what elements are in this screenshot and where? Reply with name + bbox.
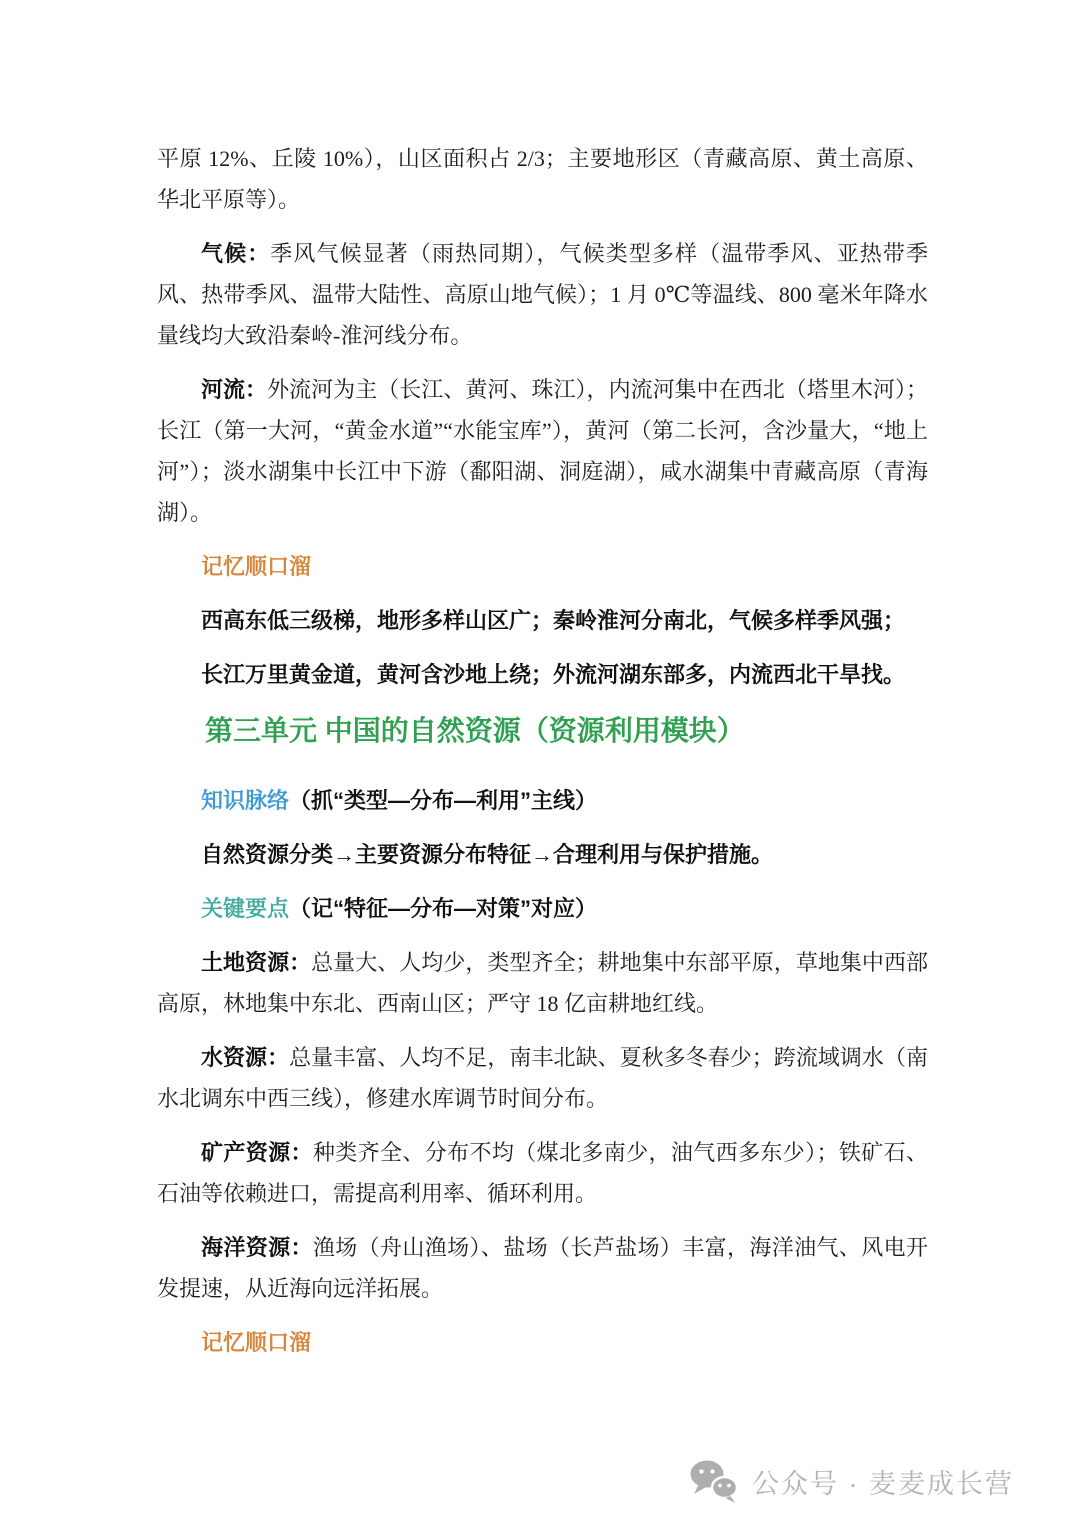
paragraph-text: 平原 12%、丘陵 10%），山区面积占 2/3；主要地形区（青藏高原、黄土高原… [157, 146, 928, 212]
document-page: 平原 12%、丘陵 10%），山区面积占 2/3；主要地形区（青藏高原、黄土高原… [0, 0, 1080, 1527]
jingle-heading-1: 记忆顺口溜 [157, 546, 928, 587]
footer-watermark: 公众号 · 麦麦成长营 [688, 1458, 1014, 1504]
jingle-line-1: 西高东低三级梯，地形多样山区广；秦岭淮河分南北，气候多样季风强； [157, 600, 928, 641]
paragraph-lead: 水资源： [201, 1045, 289, 1070]
key-points-text: （记“特征—分布—对策”对应） [289, 896, 597, 921]
paragraph-lead: 矿产资源： [201, 1140, 313, 1165]
paragraph-lead: 海洋资源： [201, 1235, 313, 1260]
knowledge-outline-line: 知识脉络（抓“类型—分布—利用”主线） [157, 780, 928, 821]
paragraph-lead: 气候： [201, 241, 270, 266]
paragraph-lead: 河流： [201, 377, 267, 402]
jingle-line-2: 长江万里黄金道，黄河含沙地上绕；外流河湖东部多，内流西北干旱找。 [157, 654, 928, 695]
document-body: 平原 12%、丘陵 10%），山区面积占 2/3；主要地形区（青藏高原、黄土高原… [0, 0, 1080, 1363]
paragraph-climate: 气候：季风气候显著（雨热同期），气候类型多样（温带季风、亚热带季风、热带季风、温… [157, 233, 928, 356]
unit-title: 第三单元 中国的自然资源（资源利用模块） [157, 708, 928, 754]
knowledge-outline-label: 知识脉络 [201, 788, 289, 813]
key-points-line: 关键要点（记“特征—分布—对策”对应） [157, 888, 928, 929]
resource-flow-line: 自然资源分类→主要资源分布特征→合理利用与保护措施。 [157, 834, 928, 875]
paragraph-text: 季风气候显著（雨热同期），气候类型多样（温带季风、亚热带季风、热带季风、温带大陆… [157, 241, 928, 348]
paragraph-water-resources: 水资源：总量丰富、人均不足，南丰北缺、夏秋多冬春少；跨流域调水（南水北调东中西三… [157, 1037, 928, 1119]
watermark-text: 公众号 · 麦麦成长营 [752, 1462, 1014, 1501]
paragraph-lead: 土地资源： [201, 950, 311, 975]
wechat-icon [688, 1458, 740, 1504]
paragraph-land-resources: 土地资源：总量大、人均少，类型齐全；耕地集中东部平原，草地集中西部高原，林地集中… [157, 942, 928, 1024]
knowledge-outline-text: （抓“类型—分布—利用”主线） [289, 788, 597, 813]
paragraph-landform-continuation: 平原 12%、丘陵 10%），山区面积占 2/3；主要地形区（青藏高原、黄土高原… [157, 138, 928, 220]
paragraph-rivers: 河流：外流河为主（长江、黄河、珠江），内流河集中在西北（塔里木河）；长江（第一大… [157, 369, 928, 533]
paragraph-mineral-resources: 矿产资源：种类齐全、分布不均（煤北多南少，油气西多东少）；铁矿石、石油等依赖进口… [157, 1132, 928, 1214]
paragraph-text: 外流河为主（长江、黄河、珠江），内流河集中在西北（塔里木河）；长江（第一大河，“… [157, 377, 928, 525]
paragraph-marine-resources: 海洋资源：渔场（舟山渔场）、盐场（长芦盐场）丰富，海洋油气、风电开发提速，从近海… [157, 1227, 928, 1309]
jingle-heading-2: 记忆顺口溜 [157, 1322, 928, 1363]
key-points-label: 关键要点 [201, 896, 289, 921]
